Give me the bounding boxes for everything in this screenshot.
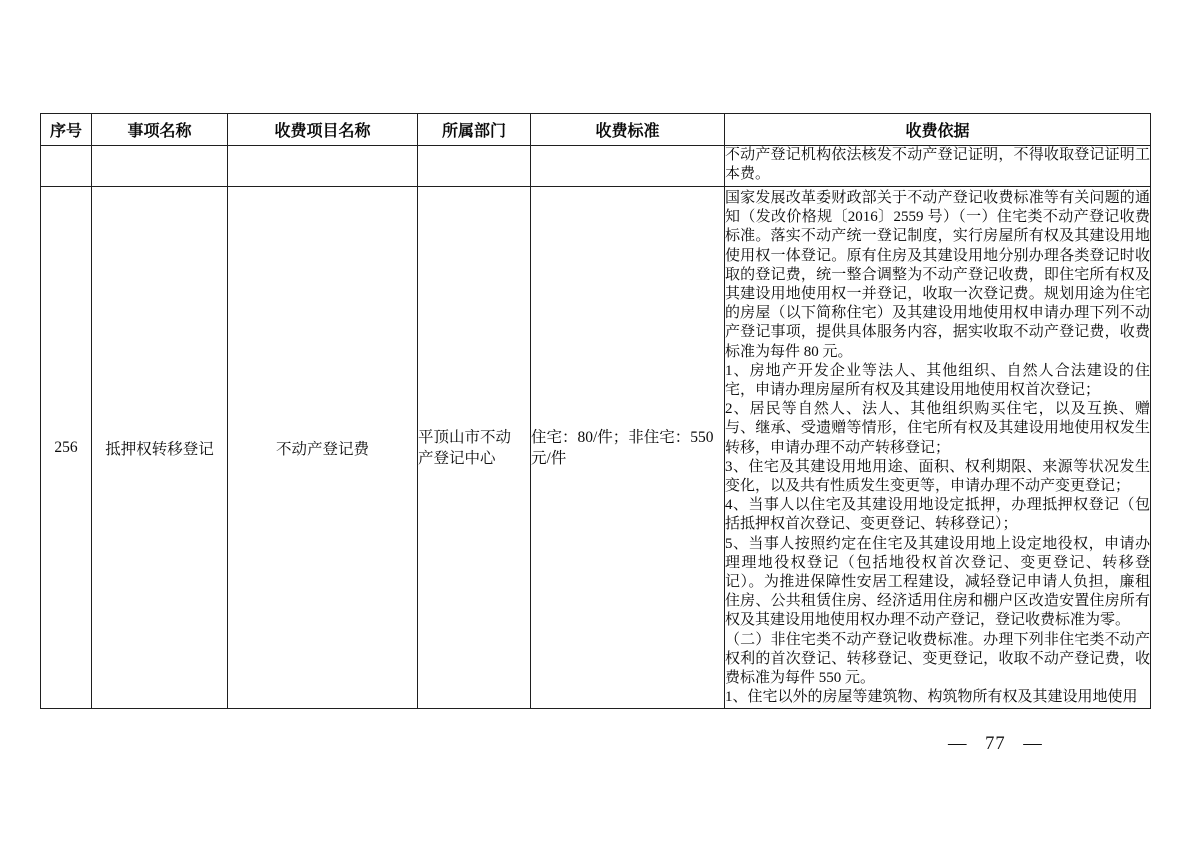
header-department: 所属部门 xyxy=(418,114,531,146)
page-number: — 77 — xyxy=(948,734,1043,755)
cell-department-empty xyxy=(418,146,531,187)
cell-basis-continuation: 不动产登记机构依法核发不动产登记证明，不得收取登记证明工本费。 xyxy=(725,146,1151,187)
basis-paragraph: 5、当事人按照约定在住宅及其建设用地上设定地役权，申请办理理地役权登记（包括地役… xyxy=(725,535,1150,631)
header-item-name: 事项名称 xyxy=(92,114,228,146)
cell-fee-item-empty xyxy=(228,146,418,187)
table-row-256: 256 抵押权转移登记 不动产登记费 平顶山市不动 产登记中心 住宅：80/件；… xyxy=(41,187,1151,709)
cell-fee-item: 不动产登记费 xyxy=(228,187,418,709)
basis-paragraph: 3、住宅及其建设用地用途、面积、权利期限、来源等状况发生变化，以及共有性质发生变… xyxy=(725,458,1150,496)
basis-paragraph: 1、住宅以外的房屋等建筑物、构筑物所有权及其建设用地使用 xyxy=(725,688,1150,706)
header-basis: 收费依据 xyxy=(725,114,1151,146)
cell-standard-empty xyxy=(531,146,725,187)
table-row-continuation: 不动产登记机构依法核发不动产登记证明，不得收取登记证明工本费。 xyxy=(41,146,1151,187)
fee-schedule-table: 序号 事项名称 收费项目名称 所属部门 收费标准 收费依据 不动产登记机构依法核… xyxy=(40,113,1151,709)
header-seq: 序号 xyxy=(41,114,92,146)
basis-paragraph: 国家发展改革委财政部关于不动产登记收费标准等有关问题的通知（发改价格规〔2016… xyxy=(725,189,1150,362)
basis-paragraph: 2、居民等自然人、法人、其他组织购买住宅，以及互换、赠与、继承、受遗赠等情形，住… xyxy=(725,400,1150,458)
basis-paragraph: （二）非住宅类不动产登记收费标准。办理下列非住宅类不动产权利的首次登记、转移登记… xyxy=(725,631,1150,689)
cell-item-name: 抵押权转移登记 xyxy=(92,187,228,709)
basis-paragraph: 4、当事人以住宅及其建设用地设定抵押，办理抵押权登记（包括抵押权首次登记、变更登… xyxy=(725,496,1150,534)
document-page: 序号 事项名称 收费项目名称 所属部门 收费标准 收费依据 不动产登记机构依法核… xyxy=(0,0,1200,848)
cell-seq-empty xyxy=(41,146,92,187)
cell-basis: 国家发展改革委财政部关于不动产登记收费标准等有关问题的通知（发改价格规〔2016… xyxy=(725,187,1151,709)
table-header-row: 序号 事项名称 收费项目名称 所属部门 收费标准 收费依据 xyxy=(41,114,1151,146)
basis-paragraphs: 国家发展改革委财政部关于不动产登记收费标准等有关问题的通知（发改价格规〔2016… xyxy=(725,189,1150,706)
header-standard: 收费标准 xyxy=(531,114,725,146)
cell-item-name-empty xyxy=(92,146,228,187)
cell-standard: 住宅：80/件；非住宅：550 元/件 xyxy=(531,187,725,709)
cell-seq: 256 xyxy=(41,187,92,709)
header-fee-item: 收费项目名称 xyxy=(228,114,418,146)
cell-department: 平顶山市不动 产登记中心 xyxy=(418,187,531,709)
basis-paragraph: 1、房地产开发企业等法人、其他组织、自然人合法建设的住宅，申请办理房屋所有权及其… xyxy=(725,362,1150,400)
basis-continuation-text: 不动产登记机构依法核发不动产登记证明，不得收取登记证明工本费。 xyxy=(725,146,1150,186)
